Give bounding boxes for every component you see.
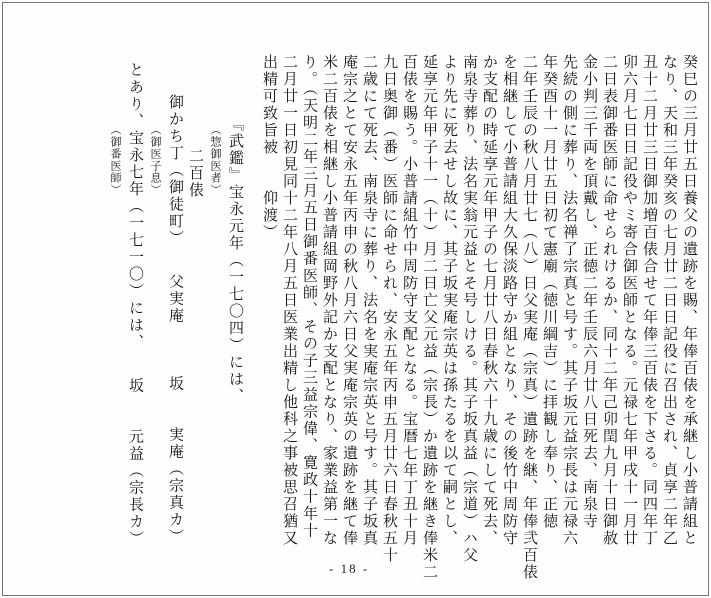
text-column: なり、天和三年癸亥の七月廿二日日記役に召出され、貞享二年乙 bbox=[659, 54, 679, 570]
page-number: - 18 - bbox=[329, 561, 369, 577]
text-column: 延享元年甲子十一（十）月二日亡父元益（宗長）か遺跡を継き俸米二 bbox=[419, 54, 439, 570]
text-column: か支配の時延享元年甲子の七月廿八日春秋六十九歳にして死去、 bbox=[479, 54, 499, 570]
text-column: （御番医師） bbox=[105, 54, 125, 570]
text-column: 先続の側に葬り、法名禅了宗真と号す。其子坂元益宗長は元禄六 bbox=[559, 54, 579, 570]
text-column: 九日奥御（番）医師に命せられ、安永五年丙申五月廿六日春秋五十 bbox=[379, 54, 399, 570]
text-column: 金小判三千両を頂戴し、正徳二年壬辰六月廿八日死去、南泉寺 bbox=[579, 54, 599, 570]
text-column: 庵宗之とて安永五年丙申の秋八月六日父実庵宗英の遺跡を継て俸 bbox=[339, 54, 359, 570]
text-column: 米二百俵を相継し小普請組岡野外記か支配となり、家業益第一な bbox=[319, 54, 339, 570]
text-column: 二月廿一日初見同十二年八月五日医業出精し他科之事被思召猶又 bbox=[279, 54, 299, 570]
text-column: 二年壬辰の秋八月廿七（八）日父実庵（宗真）遺跡を継、年俸弐百俵 bbox=[519, 54, 539, 570]
text-column: （惣御医者） bbox=[205, 54, 225, 570]
text-column: 年癸酉十一月廿五日初て憲廟（徳川綱吉）に拝観し奉り、正徳 bbox=[539, 54, 559, 570]
text-column: 出精可致旨被 仰渡） bbox=[259, 54, 279, 570]
text-column: 二歳にて死去、南泉寺に葬り、法名を実庵宗英と号す。其子坂真 bbox=[359, 54, 379, 570]
document-page: 癸巳の三月廿五日養父の遺跡を賜、年俸百俵を承継し小普請組となり、天和三年癸亥の七… bbox=[0, 0, 711, 598]
text-column: 癸巳の三月廿五日養父の遺跡を賜、年俸百俵を承継し小普請組と bbox=[679, 54, 699, 570]
text-column: 二日表御番医師に命せられけるか、同十二年己卯閏九月十日御赦 bbox=[599, 54, 619, 570]
text-column: （御医子息） bbox=[145, 54, 165, 570]
text-column: を相継して小普請組大久保淡路守か組となり、その後竹中周防守 bbox=[499, 54, 519, 570]
vertical-text-block: 癸巳の三月廿五日養父の遺跡を賜、年俸百俵を承継し小普請組となり、天和三年癸亥の七… bbox=[105, 54, 699, 570]
text-column: り。（天明二年三月五日御番医師、その子三益宗偉、寛政十年十 bbox=[299, 54, 319, 570]
text-column: 二百俵 bbox=[185, 54, 205, 570]
text-column: 百俵を賜う。小普請組竹中周防守支配となる。宝暦七年丁丑十月 bbox=[399, 54, 419, 570]
text-column: 卯六月七日日記役やミ寄合御医師となる。元禄七年甲戌十一月廿 bbox=[619, 54, 639, 570]
text-column: とあり、宝永七年（一七一〇）には、 坂 元益（宗長カ） bbox=[125, 54, 145, 570]
text-column: 御かち丁（御徒町） 父実庵 坂 実庵（宗真カ） bbox=[165, 54, 185, 570]
text-column: 『武鑑』宝永元年（一七〇四）には、 bbox=[225, 54, 245, 570]
text-column: 丑十二月廿三日御加増百俵合せて年俸三百俵を下さる。同四年丁 bbox=[639, 54, 659, 570]
text-column: 南泉寺葬り、法名実翁元益とそ号しける。其子坂真益（宗道）ハ父 bbox=[459, 54, 479, 570]
text-column: より先に死去せし故に、其子坂実庵宗英は孫たるを以て嗣とし、 bbox=[439, 54, 459, 570]
